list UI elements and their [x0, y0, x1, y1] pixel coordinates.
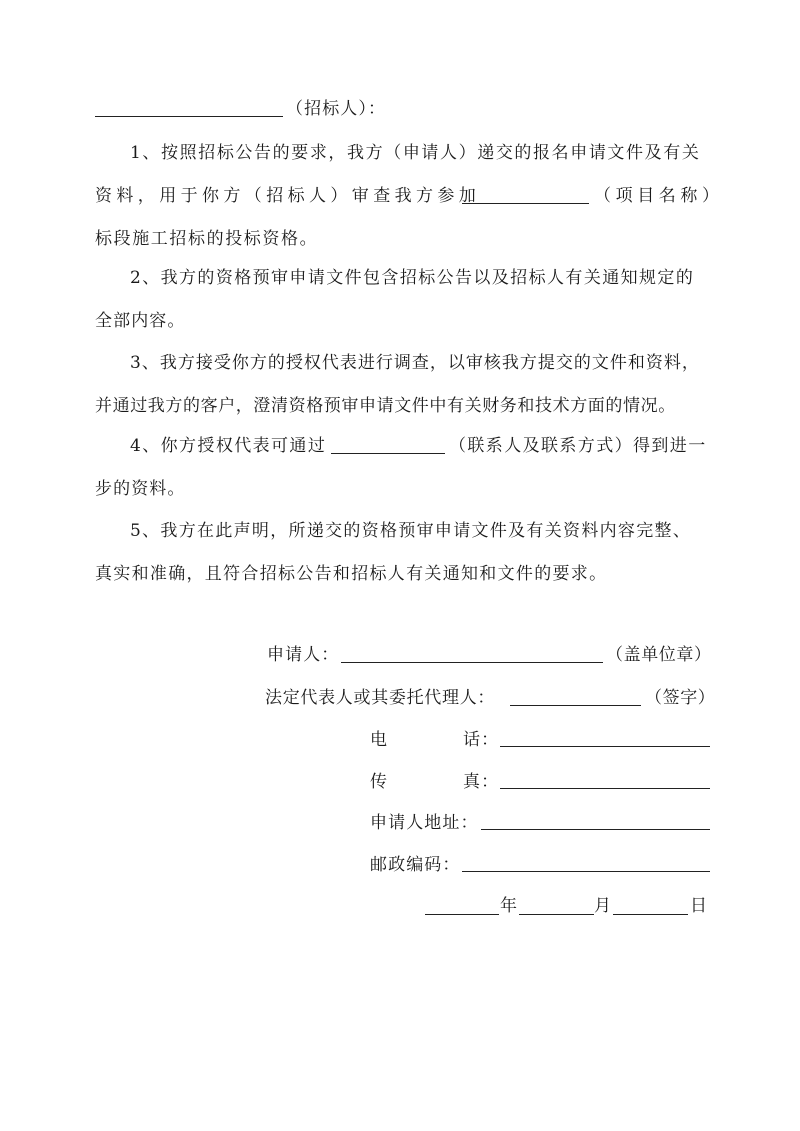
para-1-line-2: 资料，用于你方（招标人）审查我方参加	[95, 186, 480, 206]
addressee-suffix: （招标人）：	[286, 99, 386, 119]
year-label: 年	[500, 896, 518, 916]
addressee-blank[interactable]	[95, 116, 283, 117]
para-3-line-2: 并通过我方的客户，澄清资格预审申请文件中有关财务和技术方面的情况。	[95, 396, 676, 416]
document-page: （招标人）： 1、按照招标公告的要求，我方（申请人）递交的报名申请文件及有关 资…	[0, 0, 800, 1131]
para-3-line-1: 3、我方接受你方的授权代表进行调查，以审核我方提交的文件和资料，	[130, 353, 700, 373]
contact-blank[interactable]	[331, 453, 445, 454]
phone-blank[interactable]	[500, 746, 710, 747]
address-label: 申请人地址：	[370, 813, 479, 833]
applicant-note: （盖单位章）	[606, 645, 712, 665]
para-4-line-1b: （联系人及联系方式）得到进一	[449, 436, 707, 456]
para-2-line-2: 全部内容。	[95, 311, 186, 331]
applicant-blank[interactable]	[341, 662, 603, 663]
phone-label-2: 话：	[463, 730, 499, 750]
representative-label: 法定代表人或其委托代理人：	[265, 688, 495, 708]
representative-note: （签字）	[645, 688, 715, 708]
para-4-line-1a: 4、你方授权代表可通过	[130, 436, 326, 456]
para-5-line-2: 真实和准确，且符合招标公告和招标人有关通知和文件的要求。	[95, 564, 607, 584]
fax-blank[interactable]	[500, 788, 710, 789]
para-4-line-2: 步的资料。	[95, 479, 186, 499]
project-name-note: （项目名称）	[594, 186, 724, 206]
day-blank[interactable]	[613, 914, 688, 915]
para-1-line-3: 标段施工招标的投标资格。	[95, 229, 318, 249]
representative-blank[interactable]	[510, 705, 641, 706]
para-1-line-1: 1、按照招标公告的要求，我方（申请人）递交的报名申请文件及有关	[130, 143, 700, 163]
month-label: 月	[594, 896, 612, 916]
phone-label-1: 电	[370, 730, 388, 750]
month-blank[interactable]	[519, 914, 594, 915]
postcode-blank[interactable]	[462, 871, 710, 872]
day-label: 日	[690, 896, 708, 916]
postcode-label: 邮政编码：	[370, 855, 461, 875]
fax-label-1: 传	[370, 772, 388, 792]
para-2-line-1: 2、我方的资格预审申请文件包含招标公告以及招标人有关通知规定的	[130, 268, 694, 288]
year-blank[interactable]	[425, 914, 499, 915]
address-blank[interactable]	[481, 829, 710, 830]
project-name-blank[interactable]	[462, 203, 589, 204]
para-5-line-1: 5、我方在此声明，所递交的资格预审申请文件及有关资料内容完整、	[130, 521, 691, 541]
fax-label-2: 真：	[463, 772, 499, 792]
applicant-label: 申请人：	[267, 645, 339, 665]
